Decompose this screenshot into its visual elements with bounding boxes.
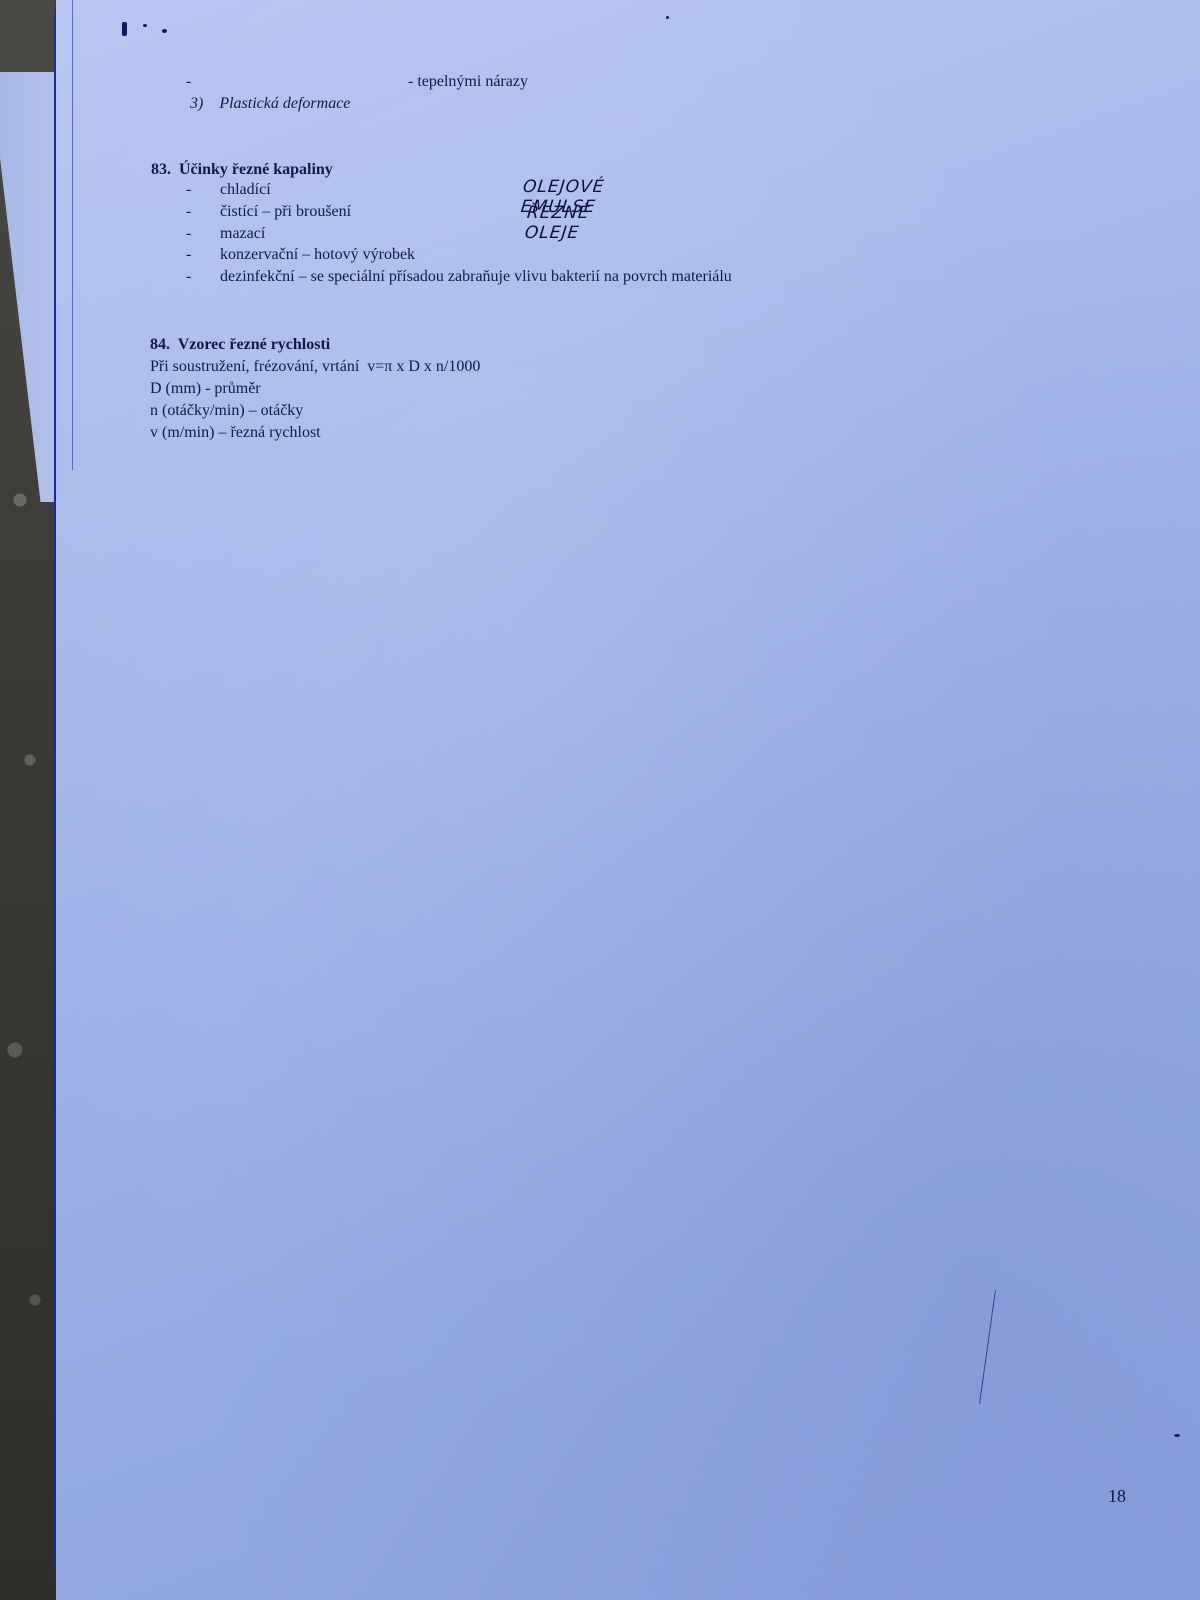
continued-item: - tepelnými nárazy [408, 72, 528, 92]
section-84-heading: 84. Vzorec řezné rychlosti [150, 335, 330, 355]
ink-speck [1174, 1434, 1180, 1437]
bullet: - [186, 181, 191, 199]
bullet: - [186, 203, 191, 221]
bullet: - [186, 225, 191, 243]
formula-line: Při soustružení, frézování, vrtání v=π x… [150, 357, 480, 377]
definition-line: D (mm) - průměr [150, 379, 261, 399]
list-item: mazací [220, 224, 265, 244]
definition-line: n (otáčky/min) – otáčky [150, 401, 303, 421]
handwritten-note: ŘEZNÉ OLEJE [524, 203, 591, 243]
list-item: čistící – při broušení [220, 202, 351, 222]
bullet: - [186, 246, 191, 264]
list-item: dezinfekční – se speciální přísadou zabr… [220, 267, 732, 287]
ink-speck [143, 24, 147, 27]
numbered-item-3: 3) Plastická deformace [190, 94, 350, 114]
page-number: 18 [1108, 1486, 1126, 1507]
ink-speck [122, 22, 127, 36]
ink-speck [666, 16, 669, 19]
list-item: konzervační – hotový výrobek [220, 245, 415, 265]
bullet: - [186, 268, 191, 286]
ink-speck [162, 29, 167, 33]
list-item: chladící [220, 180, 271, 200]
dash-marker: - [186, 72, 191, 92]
sheet-edge-line [72, 0, 73, 470]
definition-line: v (m/min) – řezná rychlost [150, 423, 321, 443]
section-83-heading: 83. Účinky řezné kapaliny [151, 160, 333, 180]
